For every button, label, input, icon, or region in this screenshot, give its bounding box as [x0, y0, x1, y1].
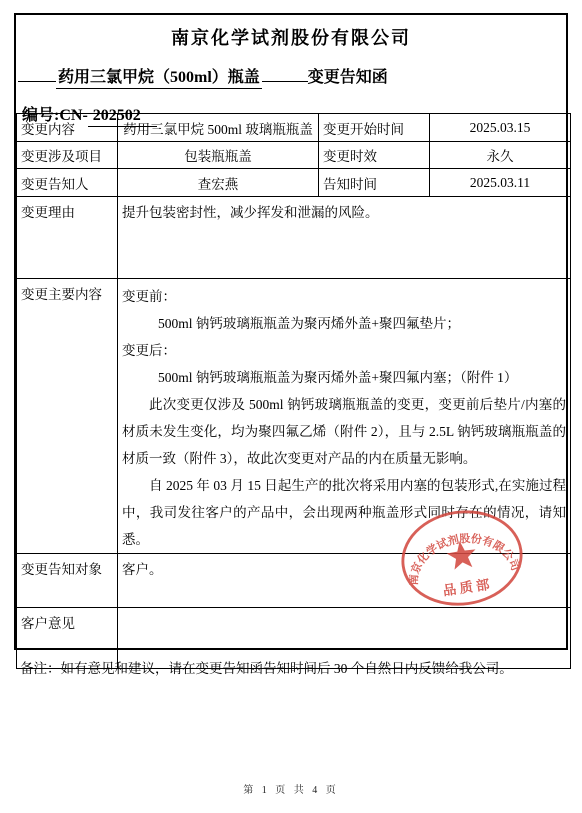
before-change-heading: 变更前：: [122, 283, 566, 310]
main-content-label: 变更主要内容: [17, 279, 118, 554]
table-row: 变更内容 药用三氯甲烷 500ml 玻璃瓶瓶盖 变更开始时间 2025.03.1…: [17, 114, 571, 142]
change-validity-label: 变更时效: [319, 142, 430, 169]
underline-blank-leading: [18, 81, 56, 82]
notify-time-value: 2025.03.11: [430, 169, 571, 197]
document-subtitle: 药用三氯甲烷（500ml）瓶盖变更告知函: [16, 64, 566, 89]
company-title: 南京化学试剂股份有限公司: [16, 24, 566, 50]
change-start-time-label: 变更开始时间: [319, 114, 430, 142]
change-scope-value: 包装瓶瓶盖: [118, 142, 319, 169]
change-start-time-value: 2025.03.15: [430, 114, 571, 142]
change-reason-text: 提升包装密封性，减少挥发和泄漏的风险。: [118, 197, 571, 279]
underline-blank-middle: [262, 81, 308, 82]
table-row: 变更告知人 查宏燕 告知时间 2025.03.11: [17, 169, 571, 197]
table-row: 变更涉及项目 包装瓶瓶盖 变更时效 永久: [17, 142, 571, 169]
main-content-cell: 变更前： 500ml 钠钙玻璃瓶瓶盖为聚丙烯外盖+聚四氟垫片； 变更后： 500…: [118, 279, 571, 554]
after-change-heading: 变更后：: [122, 337, 566, 364]
subtitle-product-name: 药用三氯甲烷（500ml）瓶盖: [56, 64, 262, 89]
change-validity-value: 永久: [430, 142, 571, 169]
main-content-paragraph-2: 自 2025 年 03 月 15 日起生产的批次将采用内塞的包装形式,在实施过程…: [122, 472, 566, 553]
notifier-label: 变更告知人: [17, 169, 118, 197]
change-scope-label: 变更涉及项目: [17, 142, 118, 169]
before-change-detail: 500ml 钠钙玻璃瓶瓶盖为聚丙烯外盖+聚四氟垫片；: [122, 310, 566, 337]
document-page: 南京化学试剂股份有限公司 药用三氯甲烷（500ml）瓶盖变更告知函 编号:CN-…: [0, 0, 582, 813]
change-notice-table: 变更内容 药用三氯甲烷 500ml 玻璃瓶瓶盖 变更开始时间 2025.03.1…: [16, 113, 571, 669]
change-content-value: 药用三氯甲烷 500ml 玻璃瓶瓶盖: [118, 114, 319, 142]
table-row: 变更理由 提升包装密封性，减少挥发和泄漏的风险。: [17, 197, 571, 279]
notify-time-label: 告知时间: [319, 169, 430, 197]
change-content-label: 变更内容: [17, 114, 118, 142]
notifier-value: 查宏燕: [118, 169, 319, 197]
subtitle-doc-type: 变更告知函: [308, 69, 388, 86]
main-content-paragraph-1: 此次变更仅涉及 500ml 钠钙玻璃瓶瓶盖的变更，变更前后垫片/内塞的材质未发生…: [122, 391, 566, 472]
table-row: 变更告知对象 客户。: [17, 554, 571, 608]
change-reason-label: 变更理由: [17, 197, 118, 279]
notify-target-label: 变更告知对象: [17, 554, 118, 608]
document-border-frame: 南京化学试剂股份有限公司 药用三氯甲烷（500ml）瓶盖变更告知函 编号:CN-…: [14, 13, 568, 650]
page-number: 第 1 页 共 4 页: [0, 781, 582, 796]
remark-note: 备注：如有意见和建议，请在变更告知函告知时间后 30 个自然日内反馈给我公司。: [20, 657, 513, 677]
after-change-detail: 500ml 钠钙玻璃瓶瓶盖为聚丙烯外盖+聚四氟内塞；（附件 1）: [122, 364, 566, 391]
notify-target-text: 客户。: [118, 554, 571, 608]
table-row: 变更主要内容 变更前： 500ml 钠钙玻璃瓶瓶盖为聚丙烯外盖+聚四氟垫片； 变…: [17, 279, 571, 554]
